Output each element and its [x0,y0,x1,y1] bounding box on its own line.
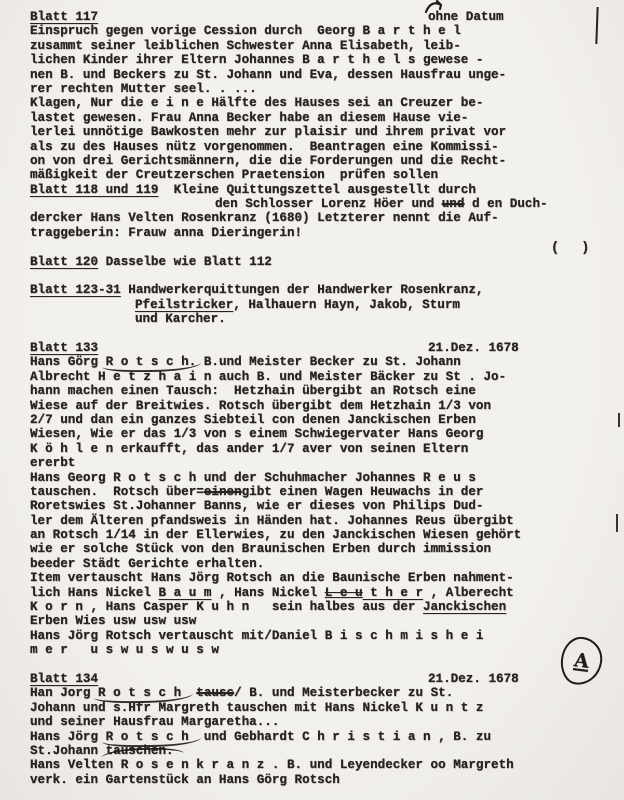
text-line: Hans Velten R o s e n k r a n z . B. und… [30,758,614,772]
text-line: lichen Kinder ihrer Eltern Johannes B a … [30,53,614,67]
text-segment: Johann und s.Hfr Margreth tauschen mit H… [30,701,483,715]
text-line: Hans Jörg R o t s c h und Gebhardt C h r… [30,730,614,744]
text-segment: lichen Kinder ihrer Eltern Johannes B a … [30,53,483,67]
text-line: Einspruch gegen vorige Cession durch Geo… [30,24,614,38]
text-segment: gibt einen Wagen Heuwachs in der [242,485,484,499]
text-line: beeder Städt Gerichte erhalten. [30,557,614,571]
blatt-number: Blatt 120 [30,255,98,269]
text-segment: zusammt seiner leiblichen Schwester Anna… [30,39,461,53]
text-line: on von drei Gerichtsmännern, die die For… [30,154,614,168]
text-line: Albrecht H e t z h a i n auch B. und Mei… [30,370,614,384]
text-segment: t h e r [363,586,423,600]
text-segment: 2/7 und dan ein ganzes Siebteil con dene… [30,413,476,427]
margin-mark [616,514,618,532]
text-line: mäßigkeit der Creutzerschen Praetension … [30,168,614,182]
scanned-document-page: Blatt 117ohne DatumEinspruch gegen vorig… [0,0,624,800]
text-segment: einen [204,485,242,499]
text-line: zusammt seiner leiblichen Schwester Anna… [30,39,614,53]
text-line: Hans Görg R o t s c h. B.und Meister Bec… [30,355,614,369]
text-segment: Pfeilstricker [135,298,233,312]
text-segment: hann machen einen Tausch: Hetzhain überg… [30,384,476,398]
blank-line [30,658,614,672]
text-segment: rer rechten Mutter seel. . ... [30,82,257,96]
blatt-120-heading: Blatt 120 Dasselbe wie Blatt 112 [30,255,614,269]
text-line: Wiese auf der Breitwies. Rotsch übergibt… [30,399,614,413]
text-line: als zu des Hauses nütz vorgenommen. Bean… [30,140,614,154]
text-segment: mäßigkeit der Creutzerschen Praetension … [30,168,438,182]
text-line: den Schlosser Lorenz Höer und und d en D… [30,197,614,211]
text-segment: Dasselbe wie Blatt 112 [98,255,272,269]
text-segment: tauschen. Rotsch über= [30,485,204,499]
text-segment: ler dem Älteren pfandsweis in Händen hat… [30,514,514,528]
blatt-number: Blatt 133 [30,341,98,355]
text-segment: lich Hans Nickel [30,586,158,600]
text-segment: tauschen. [106,744,174,758]
text-line: ler dem Älteren pfandsweis in Händen hat… [30,514,614,528]
text-segment: R o t s c h [98,686,181,700]
blatt-number: Blatt 117 [30,10,98,24]
text-segment: und Gebhardt C h r i s t i a n , B. zu [189,730,491,744]
text-segment: nen B. und Beckers zu St. Johann und Eva… [30,68,506,82]
blatt-117-heading: Blatt 117ohne Datum [30,10,614,24]
margin-mark [618,413,620,427]
text-line: Pfeilstricker, Halhauern Hayn, Jakob, St… [30,298,614,312]
text-line: Han Jorg R o t s c h tausc/ B. und Meist… [30,686,614,700]
text-segment: Roretswies St.Johanner Banns, wie er die… [30,499,483,513]
text-line: Hans Georg R o t s c h und der Schuhmach… [30,471,614,485]
text-line: lastet gewesen. Frau Anna Becker habe an… [30,111,614,125]
text-segment: Wiese auf der Breitwies. Rotsch übergibt… [30,399,491,413]
text-segment: Hans Jörg [30,730,106,744]
text-segment: als zu des Hauses nütz vorgenommen. Bean… [30,140,499,154]
text-segment: Han Jorg [30,686,98,700]
text-line: Johann und s.Hfr Margreth tauschen mit H… [30,701,614,715]
text-segment: R o t s c h [106,355,189,369]
text-line: Erben Wies usw usw usw [30,614,614,628]
text-segment: tausc [196,686,234,700]
text-segment: Einspruch gegen vorige Cession durch Geo… [30,24,461,38]
blatt-134-heading: Blatt 13421.Dez. 1678 [30,672,614,686]
text-line: K o r n , Hans Casper K u h n sein halbe… [30,600,614,614]
text-segment: Janckischen [423,600,506,614]
text-segment: m e r u s w u s w u s w [30,643,219,657]
text-line: Hans Jörg Rotsch vertauscht mit/Daniel B… [30,629,614,643]
text-segment: ererbt [30,456,75,470]
text-segment: Kleine Quittungszettel ausgestellt durch [158,183,475,197]
text-line: rer rechten Mutter seel. . ... [30,82,614,96]
text-segment: und [442,197,465,211]
text-line: m e r u s w u s w u s w [30,643,614,657]
text-line: tauschen. Rotsch über=einengibt einen Wa… [30,485,614,499]
text-segment: lastet gewesen. Frau Anna Becker habe an… [30,111,468,125]
text-segment: K o r n , Hans Casper K u h n sein halbe… [30,600,423,614]
text-line: verk. ein Gartenstück an Hans Görg Rotsc… [30,773,614,787]
text-segment: , Hans Nickel [211,586,324,600]
typed-parentheses-note: ( ) [551,242,596,256]
text-segment: lerlei unnötige Bawkosten mehr zur plais… [30,125,506,139]
text-segment: K ö h l e n erkaufft, das ander 1/7 aver… [30,442,468,456]
text-segment: Handwerkerquittungen der Handwerker Rose… [121,283,484,297]
blatt-number: Blatt 118 und 119 [30,183,158,197]
text-line: St.Johann tauschen. [30,744,614,758]
date-label: 21.Dez. 1678 [428,341,519,355]
blatt-118-119-heading: Blatt 118 und 119 Kleine Quittungszettel… [30,183,614,197]
blank-line [30,269,614,283]
text-segment: , Halhauern Hayn, Jakob, Sturm [233,298,460,312]
blatt-number: Blatt 134 [30,672,98,686]
text-line: und Karcher. [30,312,614,326]
text-segment: Hans Velten R o s e n k r a n z . B. und… [30,758,514,772]
text-segment: , Alberecht [423,586,514,600]
typewritten-text-block: Blatt 117ohne DatumEinspruch gegen vorig… [30,10,614,787]
text-line: nen B. und Beckers zu St. Johann und Eva… [30,68,614,82]
text-segment: R o t s c h [106,730,189,744]
text-line: wie er solche Stück von den Braunischen … [30,542,614,556]
text-line: Wiesen, Wie er das 1/3 von s einem Schwi… [30,427,614,441]
text-segment: Klagen, Nur die e i n e Hälfte des Hause… [30,96,483,110]
text-segment: an Rotsch 1/14 in der Ellerwies, zu den … [30,528,521,542]
text-segment: Erben Wies usw usw usw [30,614,196,628]
text-line: Klagen, Nur die e i n e Hälfte des Hause… [30,96,614,110]
date-label: 21.Dez. 1678 [428,672,519,686]
text-segment: Wiesen, Wie er das 1/3 von s einem Schwi… [30,427,483,441]
text-segment: d en Duch- [464,197,547,211]
text-segment: beeder Städt Gerichte erhalten. [30,557,264,571]
text-segment: wie er solche Stück von den Braunischen … [30,542,491,556]
text-segment: on von drei Gerichtsmännern, die die For… [30,154,506,168]
text-segment: Albrecht H e t z h a i n auch B. und Mei… [30,370,506,384]
text-segment: L e u [325,586,363,600]
text-segment: verk. ein Gartenstück an Hans Görg Rotsc… [30,773,340,787]
text-line: K ö h l e n erkaufft, das ander 1/7 aver… [30,442,614,456]
text-line: an Rotsch 1/14 in der Ellerwies, zu den … [30,528,614,542]
text-segment: B a u m [158,586,211,600]
blank-line [30,327,614,341]
text-line: ererbt [30,456,614,470]
text-segment: / B. und Meisterbecker zu St. [234,686,453,700]
text-line: Roretswies St.Johanner Banns, wie er die… [30,499,614,513]
text-segment: traggeberin: Frauw anna Dieringerin! [30,226,302,240]
text-segment: Hans Görg [30,355,106,369]
text-line: Item vertauscht Hans Jörg Rotsch an die … [30,571,614,585]
text-line: dercker Hans Velten Rosenkranz (1680) Le… [30,211,614,225]
text-line: traggeberin: Frauw anna Dieringerin! [30,226,614,240]
text-line: hann machen einen Tausch: Hetzhain überg… [30,384,614,398]
text-segment: . B.und Meister Becker zu St. Johann [189,355,461,369]
text-segment: und seiner Hausfrau Margaretha... [30,715,279,729]
handwritten-tick-icon [424,0,446,14]
text-line: und seiner Hausfrau Margaretha... [30,715,614,729]
blatt-133-heading: Blatt 13321.Dez. 1678 [30,341,614,355]
text-segment: Hans Jörg Rotsch vertauscht mit/Daniel B… [30,629,483,643]
text-segment: Item vertauscht Hans Jörg Rotsch an die … [30,571,514,585]
blatt-number: Blatt 123-31 [30,283,121,297]
text-segment: und Karcher. [135,312,226,326]
text-segment: dercker Hans Velten Rosenkranz (1680) Le… [30,211,499,225]
text-segment: Hans Georg R o t s c h und der Schuhmach… [30,471,476,485]
text-segment: den Schlosser Lorenz Höer und [215,197,442,211]
text-line: lerlei unnötige Bawkosten mehr zur plais… [30,125,614,139]
text-line: 2/7 und dan ein ganzes Siebteil con dene… [30,413,614,427]
text-segment: St.Johann [30,744,106,758]
blank-line [30,240,614,254]
blatt-123-31-heading: Blatt 123-31 Handwerkerquittungen der Ha… [30,283,614,297]
text-line: lich Hans Nickel B a u m , Hans Nickel L… [30,586,614,600]
